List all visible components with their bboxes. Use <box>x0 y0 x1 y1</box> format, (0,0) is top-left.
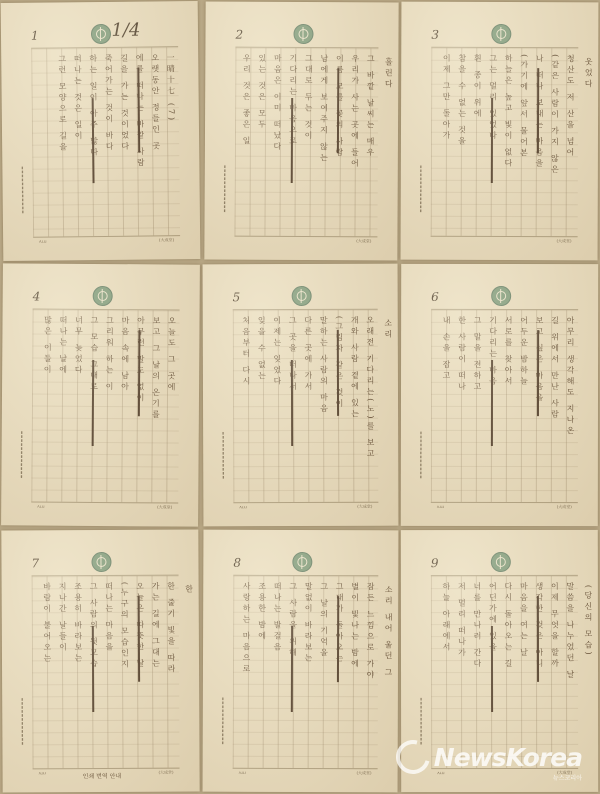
footer-left-label: ʌɹɹɹ <box>37 504 44 509</box>
manuscript-grid: 잠든 느낌으로 가야별이 빛나는 밤에그대가 돌아오는그 날의 기억을말없이 바… <box>233 575 379 770</box>
handwritten-column: 이제 무엇을 할까 <box>550 582 558 749</box>
manuscript-page-7: 7한 줄기 빛을 따라가는 길에 그대는오늘은 따뜻한 날(누구의 모습인지떠나… <box>1 529 199 792</box>
handwritten-column: (가기에 앞서 물어본 <box>519 54 527 191</box>
strike-through-mark <box>337 596 339 682</box>
manuscript-grid: 一晴十七 (7)오랫동안 정들인 곳에를 떠나는 바깥 사람길을 가는 것이었다… <box>31 46 180 238</box>
footer-left-label: ʌɹɹɹ <box>239 770 246 775</box>
handwritten-column: 길을 가는 것이었다 <box>120 54 129 191</box>
handwritten-column: 떠나는 발걸음 <box>273 582 281 724</box>
strike-through-mark <box>537 68 539 153</box>
handwritten-column: 길 위에서 만난 사람 <box>550 316 558 483</box>
manuscript-page-5: 5오래전 기다리는(노)를 보고개와 사람 곁에 있는(그림자 같은 것이말하는… <box>203 264 399 527</box>
handwritten-column: 바람이 불어오는 <box>43 582 52 738</box>
header-mark: 1/4 <box>111 20 140 41</box>
handwritten-column: 오랫동안 정들인 곳 <box>151 53 161 216</box>
handwritten-column: 그 바깥 날씨는 매우 <box>365 54 374 230</box>
footer-publisher-label: (大成堂) <box>158 770 173 776</box>
manuscript-grid: 한 줄기 빛을 따라가는 길에 그대는오늘은 따뜻한 날(누구의 모습인지떠나는… <box>32 575 180 770</box>
handwritten-column: 가는 길에 그대는 <box>151 582 160 749</box>
handwritten-column: 말하는 사람의 마음 <box>319 316 327 457</box>
footer-handwritten-note: 인쇄 번역 안내 <box>83 771 122 780</box>
handwritten-column: 내 손을 잡고 <box>442 316 450 472</box>
footer-publisher-label: (大成堂) <box>557 504 572 510</box>
footer-publisher-label: (大成堂) <box>556 238 571 244</box>
page-number: 2 <box>235 28 243 42</box>
handwritten-column: 말없이 바라보는 <box>304 582 313 750</box>
handwritten-column: 그대로 두는 것이 <box>304 54 313 218</box>
handwritten-column: 한 줄기 빛을 따라 <box>167 582 176 762</box>
strike-through-mark <box>490 360 492 446</box>
manuscript-grid: 청산도 저 산을 넘어(같은 사람이 가지 않은나 떠나 보내는 마음을(가기에… <box>431 47 579 238</box>
handwritten-column: 잠든 느낌으로 가야 <box>366 582 375 762</box>
manuscript-grid: 오늘도 그 곳에보고 그 날의 온기를아무런 말도 없이마음 속에 남아그리워 … <box>31 309 179 504</box>
manuscript-page-4: 4오늘도 그 곳에보고 그 날의 온기를아무런 말도 없이마음 속에 남아그리워… <box>1 263 200 526</box>
footer-publisher-label: (大成堂) <box>356 238 371 244</box>
footer-left-label: ʌɹɹɹ <box>239 504 246 509</box>
handwritten-column: 사랑하는 마음으로 <box>242 582 251 738</box>
paper-emblem-icon <box>490 552 510 572</box>
handwritten-column: 우리 것은 좋은 일 <box>242 54 251 206</box>
strike-through-mark <box>490 98 492 183</box>
manuscript-page-6: 6아무리 생각해도 지나온길 위에서 만난 사람보고 싶은 마음을어두운 밤하늘… <box>401 264 598 526</box>
page-number: 9 <box>431 556 439 570</box>
manuscript-page-1: 11/4一晴十七 (7)오랫동안 정들인 곳에를 떠나는 바깥 사람길을 가는 … <box>1 1 201 261</box>
paper-emblem-icon <box>293 24 313 44</box>
footer-publisher-label: (大成堂) <box>357 504 372 510</box>
page-number: 5 <box>233 290 241 304</box>
handwritten-column: 보고 그 날의 온기를 <box>151 316 160 483</box>
manuscript-grid: 아무리 생각해도 지나온길 위에서 만난 사람보고 싶은 마음을어두운 밤하늘서… <box>431 309 578 503</box>
watermark-sub: 뉴스코리아 <box>553 773 582 782</box>
margin-note: (당신의 모습) <box>584 585 592 675</box>
footer-left-label: ʌɹɹɹ <box>39 770 46 775</box>
printed-side-label: ▮▮▮▮▮▮▮▮▮▮▮▮ <box>221 697 225 757</box>
manuscript-page-8: 8잠든 느낌으로 가야별이 빛나는 밤에그대가 돌아오는그 날의 기억을말없이 … <box>203 530 399 793</box>
handwritten-column: 지나간 날들이 <box>58 582 67 751</box>
handwritten-column: 너를 만나러 간다 <box>473 582 481 724</box>
margin-note: 소리 <box>384 319 392 409</box>
printed-side-label: ▮▮▮▮▮▮▮▮▮▮▮▮ <box>19 430 23 490</box>
handwritten-column: 한 사람이 떠나 <box>457 316 465 485</box>
handwritten-column: 아무리 생각해도 지나온 <box>566 316 574 496</box>
handwritten-column: 어두운 밤하늘 <box>519 316 527 457</box>
strike-through-mark <box>490 626 492 712</box>
newskorea-watermark: NewsKorea 뉴스코리아 <box>396 740 582 774</box>
handwritten-column: 떠나는 것은 일이 <box>73 54 82 192</box>
margin-note: 웃었다 <box>584 57 592 147</box>
handwritten-column: 떠나는 날에 <box>58 316 67 485</box>
newskorea-logo-icon <box>390 734 436 780</box>
strike-through-mark <box>337 330 339 416</box>
handwritten-column: 조용한 밤에 <box>257 582 266 751</box>
margin-note: 소리 내어 울던 그 시간에 <box>384 585 392 675</box>
handwritten-column: 마음 속에 남아 <box>120 316 129 457</box>
handwritten-column: 마음은 이미 떠났다 <box>273 54 282 192</box>
footer-publisher-label: (大成堂) <box>157 504 172 510</box>
page-number: 8 <box>233 556 241 570</box>
handwritten-column: (누구의 모습인지 <box>120 582 129 723</box>
handwritten-column: 서로를 찾아서 <box>504 316 512 484</box>
paper-emblem-icon <box>491 24 511 44</box>
handwritten-column: 오늘도 그 곳에 <box>166 316 175 496</box>
printed-side-label: ▮▮▮▮▮▮▮▮▮▮▮▮ <box>419 431 423 491</box>
manuscript-grid: 그 바깥 날씨는 매우우리가 사는 곳에 들어이름 모를 꽃의 사람남에게 보여… <box>234 47 378 238</box>
strike-through-mark <box>537 596 539 682</box>
manuscript-page-2: 2그 바깥 날씨는 매우우리가 사는 곳에 들어이름 모를 꽃의 사람남에게 보… <box>204 1 398 260</box>
handwritten-column: 말씀을 나누었던 날 <box>566 582 574 762</box>
handwritten-column: 우리가 사는 곳에 들어 <box>350 54 359 217</box>
printed-side-label: ▮▮▮▮▮▮▮▮▮▮▮▮ <box>20 166 25 226</box>
handwritten-column: 별이 빛나는 밤에 <box>350 582 359 749</box>
paper-emblem-icon <box>491 286 511 306</box>
handwritten-column: 청산도 저 산을 넘어 <box>566 54 575 230</box>
handwritten-column: 저 멀리 떠나가 <box>457 582 465 751</box>
strike-through-mark <box>290 360 292 446</box>
handwritten-column: (같은 사람이 가지 않은 <box>550 54 559 217</box>
strike-through-mark <box>290 626 292 712</box>
handwritten-column: 그 날의 기억을 <box>319 582 327 723</box>
footer-left-label: ʌɹɹɹ <box>437 504 444 509</box>
manuscript-grid: 오래전 기다리는(노)를 보고개와 사람 곁에 있는(그림자 같은 것이말하는 … <box>233 309 379 504</box>
footer-left-label: ʌɹɹɹ <box>39 239 46 244</box>
printed-side-label: ▮▮▮▮▮▮▮▮▮▮▮▮ <box>20 697 24 757</box>
handwritten-column: 이제 그만 돌아가 <box>442 54 451 206</box>
handwritten-column: 마음을 여는 날 <box>519 582 527 723</box>
strike-through-mark <box>537 330 539 416</box>
handwritten-column: 그런 모양으로 길을 <box>58 54 68 219</box>
handwritten-column: 一晴十七 (7) <box>166 53 176 229</box>
page-number: 4 <box>33 290 41 304</box>
handwritten-column: 많은 이들이 <box>42 316 51 472</box>
page-number: 3 <box>431 28 439 42</box>
margin-note: 흘린다 <box>384 57 392 147</box>
handwritten-column: 너무 늦었다 <box>74 316 83 458</box>
paper-emblem-icon <box>90 24 110 44</box>
printed-side-label: ▮▮▮▮▮▮▮▮▮▮▮▮ <box>223 165 227 225</box>
handwritten-column: 남에게 보여주지 않는 <box>319 54 328 191</box>
handwritten-column: 조용히 바라보는 <box>74 582 83 724</box>
footer-publisher-label: (大成堂) <box>356 770 371 776</box>
page-number: 1 <box>31 29 39 43</box>
watermark-brand: NewsKorea <box>434 743 582 772</box>
handwritten-column: 잊을 수 없는 <box>257 316 266 485</box>
handwritten-column: 하늘은 높고 빛이 없다 <box>504 54 513 218</box>
paper-emblem-icon <box>292 552 312 572</box>
paper-emblem-icon <box>91 552 111 572</box>
handwritten-column: 개와 사람 곁에 있는 <box>350 316 359 483</box>
manuscript-page-3: 3청산도 저 산을 넘어(같은 사람이 가지 않은나 떠나 보내는 마음을(가기… <box>401 2 599 261</box>
handwritten-column: 다시 돌아오는 길 <box>504 582 512 750</box>
handwritten-column: 오래전 기다리는(노)를 보고 <box>366 316 375 496</box>
handwritten-column: 흰 종이 위에 <box>473 54 481 192</box>
handwritten-column: 다른 곳에 가서 <box>304 316 313 484</box>
handwritten-column: 하늘 아래에서 <box>442 582 450 738</box>
footer-publisher-label: (大成堂) <box>159 237 174 243</box>
handwritten-column: 그리워 하는 이 <box>104 316 113 484</box>
handwritten-column: 이제는 잊었다 <box>273 316 281 458</box>
handwritten-column: 있는 것은 모두 <box>257 54 266 219</box>
handwritten-column: 떠나는 마음을 <box>105 582 114 750</box>
page-number: 6 <box>431 290 439 304</box>
handwritten-column: 죽어가는 것이 바다 <box>104 54 114 218</box>
page-number: 7 <box>31 556 39 570</box>
handwritten-column: 참을 수 없는 것을 <box>457 54 466 219</box>
margin-note: 한 <box>185 585 193 675</box>
paper-emblem-icon <box>291 286 311 306</box>
printed-side-label: ▮▮▮▮▮▮▮▮▮▮▮▮ <box>221 431 225 491</box>
handwritten-column: 처음부터 다시 <box>242 316 251 472</box>
paper-emblem-icon <box>92 286 112 306</box>
printed-side-label: ▮▮▮▮▮▮▮▮▮▮▮▮ <box>419 165 423 225</box>
handwritten-column: 그 말을 전하고 <box>473 316 481 458</box>
